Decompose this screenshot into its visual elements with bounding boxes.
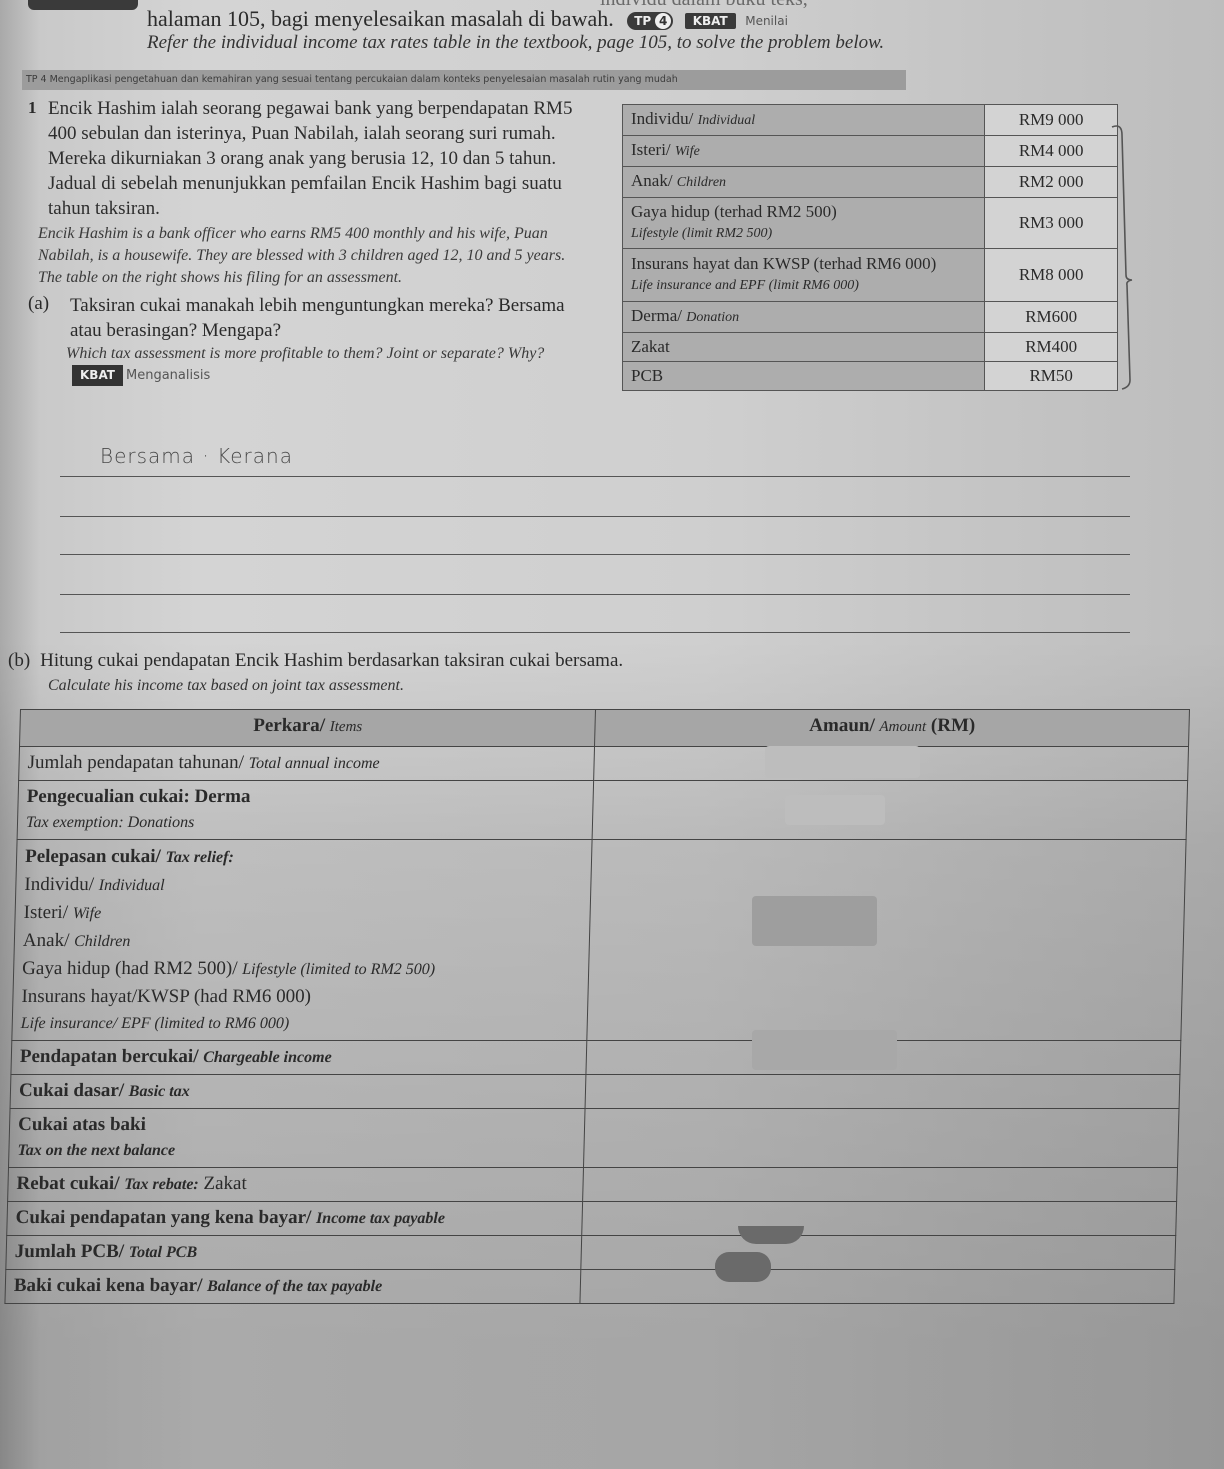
part-b-text-en: Calculate his income tax based on joint … <box>48 677 404 695</box>
answer-line[interactable] <box>60 632 1130 633</box>
column-header-items: Perkara/ Items <box>20 710 596 747</box>
amount-cell[interactable] <box>585 1075 1179 1109</box>
table-row: Derma/ DonationRM600 <box>623 302 1118 333</box>
table-row: Jumlah pendapatan tahunan/ Total annual … <box>19 747 1189 781</box>
table-row: Gaya hidup (terhad RM2 500)Lifestyle (li… <box>623 198 1118 249</box>
erased-patch <box>752 896 877 946</box>
erased-patch <box>785 795 885 825</box>
part-a-label: (a) <box>28 293 49 315</box>
amount-cell[interactable] <box>580 1270 1174 1304</box>
kbat-badge: KBAT <box>72 365 123 386</box>
part-a-text-en: Which tax assessment is more profitable … <box>66 343 588 386</box>
instruction-ms: halaman 105, bagi menyelesaikan masalah … <box>147 6 788 32</box>
part-a-text-ms: Taksiran cukai manakah lebih menguntungk… <box>70 293 588 343</box>
handwritten-bracket-icon <box>1110 125 1140 395</box>
amount-cell[interactable] <box>592 781 1187 840</box>
table-row: Individu/ IndividualRM9 000 <box>623 105 1118 136</box>
table-row: Rebat cukai/ Tax rebate: Zakat <box>8 1168 1178 1202</box>
tp-badge: TP4 <box>627 12 673 30</box>
tp-banner: TP 4 Mengaplikasi pengetahuan dan kemahi… <box>22 70 906 90</box>
question-number: 1 <box>28 98 37 118</box>
amount-cell[interactable] <box>581 1236 1175 1270</box>
erased-patch <box>752 1030 897 1070</box>
table-row: Isteri/ WifeRM4 000 <box>623 136 1118 167</box>
question-text-en: Encik Hashim is a bank officer who earns… <box>38 223 588 289</box>
table-row: Pengecualian cukai: DermaTax exemption: … <box>17 781 1188 840</box>
table-row: Pelepasan cukai/ Tax relief: Individu/ I… <box>12 840 1186 1041</box>
table-row: Cukai atas bakiTax on the next balance <box>8 1109 1179 1168</box>
answer-line[interactable] <box>60 476 1130 477</box>
table-row: Jumlah PCB/ Total PCB <box>6 1236 1176 1270</box>
answer-line[interactable] <box>60 516 1130 517</box>
table-row: Anak/ ChildrenRM2 000 <box>623 167 1118 198</box>
part-b-text-ms: (b)Hitung cukai pendapatan Encik Hashim … <box>8 650 623 672</box>
amount-cell[interactable] <box>583 1168 1177 1202</box>
amount-cell[interactable] <box>582 1202 1176 1236</box>
handwritten-answer[interactable]: Bersama · Kerana <box>100 444 293 468</box>
amount-cell[interactable] <box>587 840 1186 1041</box>
question-text-ms: Encik Hashim ialah seorang pegawai bank … <box>48 96 588 221</box>
erased-patch <box>765 746 920 778</box>
table-row: Pendapatan bercukai/ Chargeable income <box>11 1041 1181 1075</box>
table-row: Baki cukai kena bayar/ Balance of the ta… <box>5 1270 1175 1304</box>
filing-table: Individu/ IndividualRM9 000 Isteri/ Wife… <box>622 104 1118 391</box>
kbat-skill: Menganalisis <box>126 368 210 383</box>
answer-line[interactable] <box>60 554 1130 555</box>
table-row: ZakatRM400 <box>623 333 1118 362</box>
table-row: Cukai pendapatan yang kena bayar/ Income… <box>7 1202 1177 1236</box>
kbat-badge: KBAT <box>685 13 736 29</box>
kbat-skill: Menilai <box>745 14 788 28</box>
question-1: 1 Encik Hashim ialah seorang pegawai ban… <box>28 96 588 386</box>
amount-cell[interactable] <box>584 1109 1179 1168</box>
erased-patch <box>715 1252 771 1282</box>
erased-patch <box>738 1226 804 1244</box>
section-tab <box>28 0 138 10</box>
table-row: Cukai dasar/ Basic tax <box>10 1075 1180 1109</box>
column-header-amount: Amaun/ Amount (RM) <box>595 710 1190 747</box>
part-a: (a) Taksiran cukai manakah lebih mengunt… <box>28 293 588 386</box>
table-row: Insurans hayat dan KWSP (terhad RM6 000)… <box>623 249 1118 302</box>
instruction-en: Refer the individual income tax rates ta… <box>147 32 884 54</box>
answer-line[interactable] <box>60 594 1130 595</box>
calculation-table: Perkara/ Items Amaun/ Amount (RM) Jumlah… <box>4 709 1190 1304</box>
table-row: PCBRM50 <box>623 362 1118 391</box>
table-header: Perkara/ Items Amaun/ Amount (RM) <box>20 710 1190 747</box>
